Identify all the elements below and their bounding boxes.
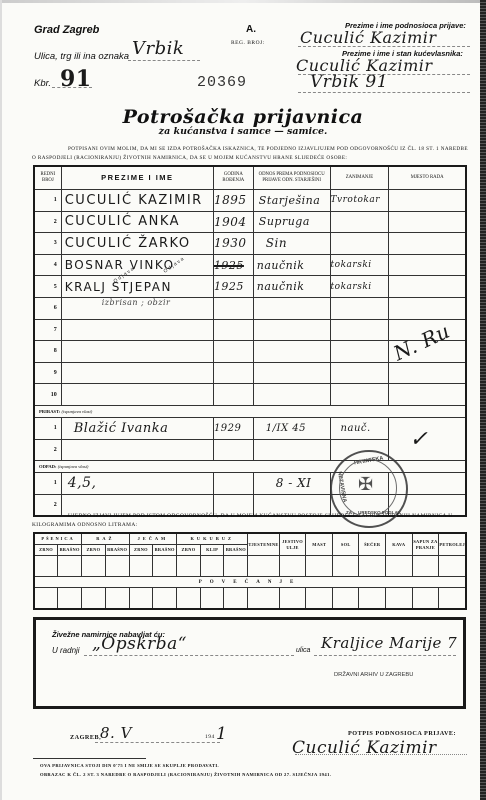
- increase-cell[interactable]: [58, 588, 82, 610]
- supply-cell[interactable]: [279, 556, 306, 577]
- name-cell[interactable]: [61, 341, 213, 363]
- relation-cell[interactable]: [253, 319, 330, 341]
- name-cell[interactable]: KRALJ STJEPAN Odjava Odjava: [61, 276, 213, 298]
- birth-year-cell[interactable]: [213, 341, 253, 363]
- col-header-brasno: BRAŠNO: [58, 545, 82, 556]
- increase-cell[interactable]: [153, 588, 177, 610]
- house-number-label: Kbr.: [34, 78, 51, 89]
- birth-year-cell[interactable]: 1929: [213, 417, 253, 439]
- supply-cell[interactable]: [129, 556, 153, 577]
- birth-year-cell[interactable]: [213, 439, 253, 461]
- name-cell[interactable]: CUCULIĆ ANKA: [61, 211, 213, 233]
- date-line: [95, 742, 220, 743]
- increase-cell[interactable]: [306, 588, 333, 610]
- col-header-klip: KLIP: [200, 545, 224, 556]
- supply-cell[interactable]: [200, 556, 224, 577]
- occupation-cell[interactable]: Tvrotokar: [330, 190, 389, 212]
- supply-cell[interactable]: [177, 556, 201, 577]
- col-header-brasno: BRAŠNO: [105, 545, 129, 556]
- increase-label-row: POVEĆANJE: [34, 577, 466, 588]
- name-cell[interactable]: CUCULIĆ ŽARKO: [61, 233, 213, 255]
- archive-stamp: DRŽAVNI ARHIV U ZAGREBU: [334, 672, 413, 678]
- row-number: 1: [34, 473, 61, 495]
- col-header-raz: RAŽ: [82, 533, 130, 545]
- supply-cell[interactable]: [58, 556, 82, 577]
- row-number: 1: [34, 417, 61, 439]
- supply-cell[interactable]: [153, 556, 177, 577]
- coat-of-arms-icon: ✠: [358, 474, 373, 495]
- increase-cell[interactable]: [359, 588, 386, 610]
- table-row: 1 CUCULIĆ KAZIMIR 1895 Starješina Tvroto…: [34, 190, 466, 212]
- shop-line: [84, 655, 294, 656]
- birth-year-cell[interactable]: [213, 319, 253, 341]
- relation-cell[interactable]: 1/IX 45: [253, 417, 330, 439]
- workplace-cell[interactable]: [389, 211, 466, 233]
- landlord-address[interactable]: Vrbik 91: [310, 72, 388, 92]
- relation-cell[interactable]: naučnik: [253, 276, 330, 298]
- table-row: 3 CUCULIĆ ŽARKO 1930 Sin: [34, 233, 466, 255]
- street-value[interactable]: Vrbik: [132, 38, 184, 59]
- table-row: 5 KRALJ STJEPAN Odjava Odjava 1925 naučn…: [34, 276, 466, 298]
- workplace-cell[interactable]: ✓: [389, 417, 466, 460]
- row-number: 2: [34, 211, 61, 233]
- col-header-occupation: ZANIMANJE: [330, 166, 389, 190]
- relation-cell[interactable]: [253, 439, 330, 461]
- col-header-zrno: ZRNO: [129, 545, 153, 556]
- page-title: Potrošačka prijavnica: [0, 106, 486, 128]
- stamp-side-text: NEZAVISNA: [336, 471, 347, 503]
- increase-cell[interactable]: [34, 588, 58, 610]
- stamp-top-text: HRVATSKA: [354, 455, 384, 466]
- workplace-cell[interactable]: [389, 254, 466, 276]
- birth-year-cell[interactable]: [213, 473, 253, 495]
- birth-year-cell[interactable]: [213, 362, 253, 384]
- row-number: 8: [34, 341, 61, 363]
- supplies-row: [34, 556, 466, 577]
- increase-cell[interactable]: [224, 588, 248, 610]
- col-header-kukuruz: KUKURUZ: [177, 533, 248, 545]
- col-header-brasno: BRAŠNO: [224, 545, 248, 556]
- supply-cell[interactable]: [248, 556, 279, 577]
- reg-broj-label: REG. BROJ:: [231, 40, 265, 46]
- relation-cell[interactable]: Sin: [253, 233, 330, 255]
- supply-cell[interactable]: [306, 556, 333, 577]
- declaration-text: POTPISANI OVIM MOLIM, DA MI SE IZDA POTR…: [32, 145, 468, 163]
- col-header-secer: ŠEĆER: [359, 533, 386, 556]
- relation-cell[interactable]: [253, 341, 330, 363]
- increase-cell[interactable]: [412, 588, 439, 610]
- odpad-label: ODPAD:: [39, 464, 57, 469]
- date-value[interactable]: 8. V: [100, 724, 132, 742]
- relation-cell[interactable]: naučnik: [253, 254, 330, 276]
- col-header-mast: MAST: [306, 533, 333, 556]
- occupation-cell[interactable]: tokarski: [330, 276, 389, 298]
- street-line: [128, 60, 200, 61]
- col-header-sol: SOL: [333, 533, 359, 556]
- table-row: 4 BOSNAR VINKO 1925 naučnik tokarski: [34, 254, 466, 276]
- name-cell[interactable]: BOSNAR VINKO: [61, 254, 213, 276]
- row-number: 1: [34, 190, 61, 212]
- name-cell[interactable]: [61, 439, 213, 461]
- col-header-workplace: MJESTO RADA: [389, 166, 466, 190]
- increase-cell[interactable]: [105, 588, 129, 610]
- occupation-cell[interactable]: [330, 233, 389, 255]
- prirast-label: PRIRAST:: [39, 409, 60, 414]
- shop-label: U radnji: [52, 646, 80, 655]
- occupation-cell[interactable]: [330, 297, 389, 319]
- shop-box: Živežne namirnice nabavljat ću: U radnji…: [33, 617, 466, 709]
- occupation-cell[interactable]: nauč.: [330, 417, 389, 439]
- col-header-sapun: SAPUN ZA PRANJE: [412, 533, 439, 556]
- increase-cell[interactable]: [82, 588, 106, 610]
- birth-year-cell[interactable]: [213, 297, 253, 319]
- increase-cell[interactable]: [248, 588, 279, 610]
- row-number: 4: [34, 254, 61, 276]
- supply-cell[interactable]: [386, 556, 413, 577]
- name-cell[interactable]: [61, 384, 213, 406]
- serial-number: 20369: [197, 74, 247, 91]
- footnote-price: OVA PRIJAVNICA STOJI DIN 0'75 I NE SMIJE…: [40, 763, 219, 768]
- col-header-zrno: ZRNO: [177, 545, 201, 556]
- increase-label: POVEĆANJE: [34, 577, 466, 588]
- footnote-divider: [33, 758, 146, 759]
- name-cell[interactable]: 4,5,: [61, 473, 213, 495]
- house-number-value[interactable]: 91: [60, 66, 92, 92]
- name-cell[interactable]: izbrisan ; obzir: [61, 297, 213, 319]
- increase-cell[interactable]: [386, 588, 413, 610]
- birth-year-cell[interactable]: 1925: [213, 254, 253, 276]
- col-header-name: PREZIME I IME: [61, 166, 213, 190]
- col-header-psenica: PŠENICA: [34, 533, 82, 545]
- landlord-address-line: [298, 92, 470, 93]
- table-row: 1 Blažić Ivanka 1929 1/IX 45 nauč. ✓: [34, 417, 466, 439]
- supply-cell[interactable]: [224, 556, 248, 577]
- supplies-table: PŠENICA RAŽ JEČAM KUKURUZ TJESTENINE JES…: [33, 532, 467, 610]
- workplace-cell[interactable]: [389, 384, 466, 406]
- series-letter: A.: [246, 24, 256, 35]
- relation-cell[interactable]: [253, 384, 330, 406]
- birth-year-cell[interactable]: [213, 384, 253, 406]
- row-number: 2: [34, 439, 61, 461]
- col-header-tjestenine: TJESTENINE: [248, 533, 279, 556]
- relation-cell[interactable]: Starješina: [253, 190, 330, 212]
- col-header-brasno: BRAŠNO: [153, 545, 177, 556]
- increase-cell[interactable]: [333, 588, 359, 610]
- occupation-cell[interactable]: [330, 362, 389, 384]
- col-header-jestivo-ulje: JESTIVO ULJE: [279, 533, 306, 556]
- relation-cell[interactable]: [253, 297, 330, 319]
- name-cell-text: BOSNAR VINKO: [65, 258, 175, 272]
- scan-top-edge: [0, 0, 486, 3]
- row-number: 6: [34, 297, 61, 319]
- street-label: Ulica, trg ili ina oznaka: [34, 51, 129, 62]
- row-number: 7: [34, 319, 61, 341]
- prirast-section-header: PRIRAST: (ispunjava vlast): [34, 405, 466, 417]
- birth-year-cell[interactable]: 1925: [213, 276, 253, 298]
- shop-street-line: [314, 655, 456, 656]
- place-label: ZAGREB,: [70, 734, 101, 741]
- occupation-cell[interactable]: [330, 384, 389, 406]
- supply-cell[interactable]: [412, 556, 439, 577]
- col-header-no: REDNI BROJ: [34, 166, 61, 190]
- page-subtitle: za kućanstva i samce — samice.: [0, 126, 486, 137]
- increase-cell[interactable]: [177, 588, 201, 610]
- row-number: 10: [34, 384, 61, 406]
- increase-cell[interactable]: [200, 588, 224, 610]
- supply-cell[interactable]: [439, 556, 466, 577]
- workplace-cell[interactable]: [389, 233, 466, 255]
- city-label: Grad Zagreb: [34, 24, 99, 36]
- occupation-cell[interactable]: [330, 211, 389, 233]
- row-number: 3: [34, 233, 61, 255]
- supply-cell[interactable]: [105, 556, 129, 577]
- name-cell[interactable]: CUCULIĆ KAZIMIR: [61, 190, 213, 212]
- odpad-note: (ispunjava vlast): [58, 464, 89, 469]
- row-number: 5: [34, 276, 61, 298]
- supply-cell[interactable]: [82, 556, 106, 577]
- row-number: 9: [34, 362, 61, 384]
- shop-street-value[interactable]: Kraljice Marije 7: [321, 634, 457, 652]
- applicant-line: [298, 46, 470, 47]
- table-row: 2 CUCULIĆ ANKA 1904 Supruga: [34, 211, 466, 233]
- occupation-cell[interactable]: tokarski: [330, 254, 389, 276]
- table-row: 10: [34, 384, 466, 406]
- table-row: 9: [34, 362, 466, 384]
- col-header-zrno: ZRNO: [82, 545, 106, 556]
- workplace-cell[interactable]: [389, 297, 466, 319]
- household-table-header: REDNI BROJ PREZIME I IME GODINA ROĐENJA …: [34, 166, 466, 190]
- supply-cell[interactable]: [333, 556, 359, 577]
- supply-cell[interactable]: [34, 556, 58, 577]
- name-cell[interactable]: [61, 362, 213, 384]
- increase-row: [34, 588, 466, 610]
- increase-cell[interactable]: [279, 588, 306, 610]
- supplies-group-header: PŠENICA RAŽ JEČAM KUKURUZ TJESTENINE JES…: [34, 533, 466, 545]
- occupation-cell[interactable]: [330, 319, 389, 341]
- applicant-value[interactable]: Cuculić Kazimir: [300, 28, 437, 47]
- workplace-cell[interactable]: [389, 276, 466, 298]
- col-header-relation: ODNOS PREMA PODNOSIOCU PRIJAVE ODN. STAR…: [253, 166, 330, 190]
- shop-value[interactable]: „Opskrba“: [92, 634, 187, 654]
- increase-cell[interactable]: [439, 588, 466, 610]
- year-prefix: 194: [205, 734, 215, 740]
- col-header-birth-year: GODINA ROĐENJA: [213, 166, 253, 190]
- birth-year-cell[interactable]: 1895: [213, 190, 253, 212]
- signature-value[interactable]: Cuculić Kazimir: [292, 738, 437, 758]
- workplace-cell[interactable]: [389, 190, 466, 212]
- name-cell[interactable]: [61, 319, 213, 341]
- signature-label: POTPIS PODNOSIOCA PRIJAVE:: [348, 730, 456, 737]
- relation-cell[interactable]: Supruga: [253, 211, 330, 233]
- supplies-declaration: UJEDNO IZJAVLJUJEM POD ISTOM ODGOVORNOŠĆ…: [32, 512, 468, 530]
- col-header-petrolej: PETROLEJ: [439, 533, 466, 556]
- table-row: 6 izbrisan ; obzir: [34, 297, 466, 319]
- col-header-zrno: ZRNO: [34, 545, 58, 556]
- supply-cell[interactable]: [359, 556, 386, 577]
- workplace-cell[interactable]: [389, 362, 466, 384]
- relation-cell[interactable]: 8 - XI: [253, 473, 330, 495]
- birth-year-cell[interactable]: 1904: [213, 211, 253, 233]
- occupation-cell[interactable]: [330, 341, 389, 363]
- birth-year-cell[interactable]: 1930: [213, 233, 253, 255]
- signature-line: [295, 754, 467, 755]
- col-header-jecam: JEČAM: [129, 533, 177, 545]
- shop-street-label: ulica: [296, 647, 310, 654]
- year-suffix[interactable]: 1: [216, 724, 227, 744]
- col-header-kava: KAVA: [386, 533, 413, 556]
- increase-cell[interactable]: [129, 588, 153, 610]
- footnote-form-reference: OBRAZAC K ČL. 2 ST. 3 NAREDBE O RASPODJE…: [40, 772, 331, 777]
- relation-cell[interactable]: [253, 362, 330, 384]
- prirast-note: (ispunjava vlast): [62, 409, 93, 414]
- name-cell[interactable]: Blažić Ivanka: [61, 417, 213, 439]
